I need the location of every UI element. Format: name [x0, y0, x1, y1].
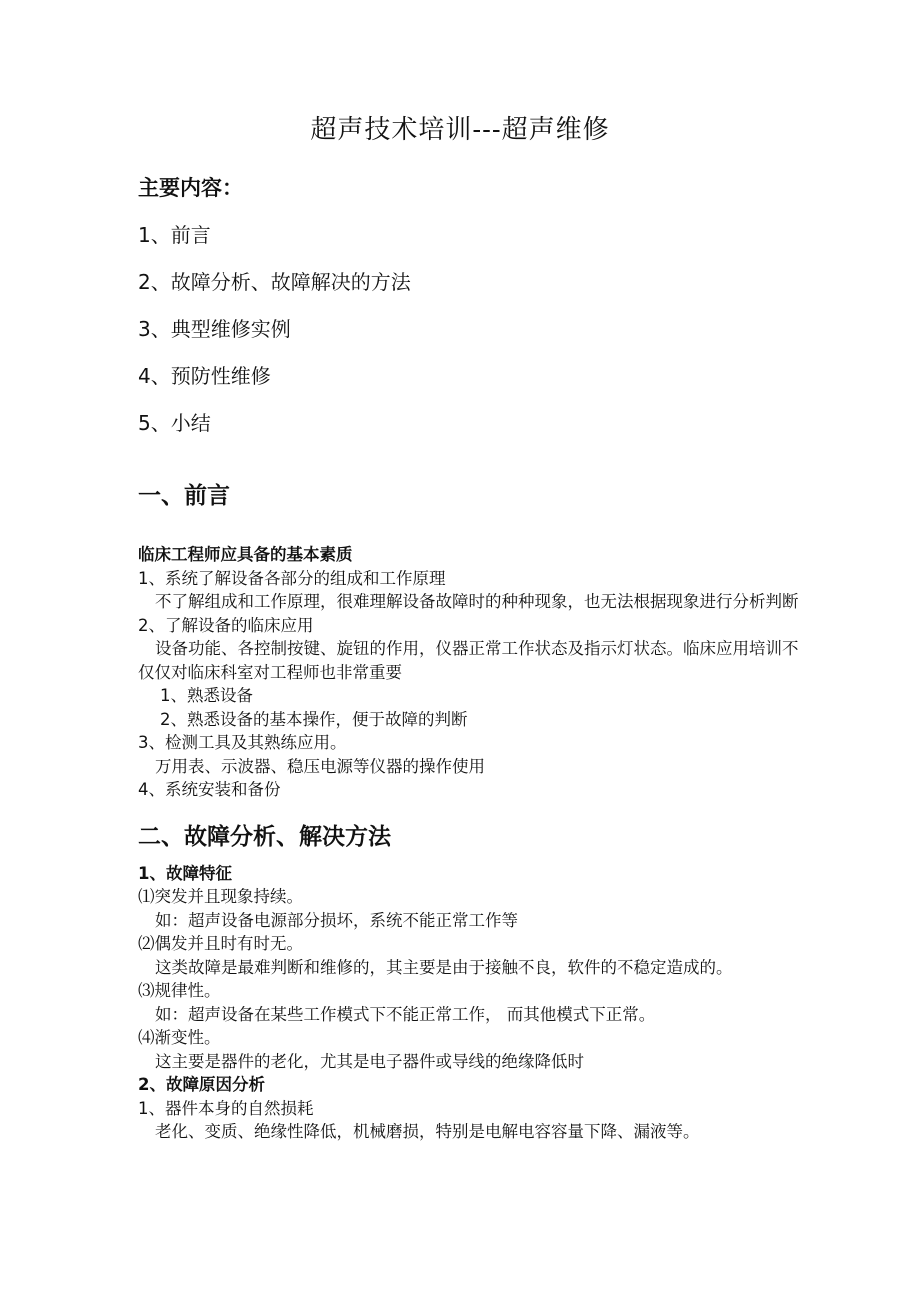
document-content: 主要内容： 1、前言 2、故障分析、故障解决的方法 3、典型维修实例 4、预防性…: [138, 174, 802, 1144]
toc-item-preventive-maintenance: 4、预防性维修: [138, 362, 802, 390]
body-line: 3、检测工具及其熟练应用。: [138, 731, 802, 755]
toc-item-fault-analysis: 2、故障分析、故障解决的方法: [138, 268, 802, 296]
body-line: 1、器件本身的自然损耗: [138, 1097, 802, 1121]
body-line: 这主要是器件的老化，尤其是电子器件或导线的绝缘降低时: [138, 1050, 802, 1074]
section-1-heading: 一、前言: [138, 481, 802, 511]
body-line: ⑶规律性。: [138, 979, 802, 1003]
section-2-heading: 二、故障分析、解决方法: [138, 822, 802, 852]
body-line: 不了解组成和工作原理，很难理解设备故障时的种种现象，也无法根据现象进行分析判断: [138, 590, 802, 614]
body-line: ⑵偶发并且时有时无。: [138, 932, 802, 956]
body-line: 4、系统安装和备份: [138, 778, 802, 802]
body-line: ⑴突发并且现象持续。: [138, 885, 802, 909]
body-line: ⑷渐变性。: [138, 1026, 802, 1050]
body-line: 这类故障是最难判断和维修的，其主要是由于接触不良，软件的不稳定造成的。: [138, 956, 802, 980]
body-line: 1、系统了解设备各部分的组成和工作原理: [138, 567, 802, 591]
body-subheading: 2、故障原因分析: [138, 1073, 802, 1097]
toc-item-summary: 5、小结: [138, 409, 802, 437]
body-line: 如：超声设备在某些工作模式下不能正常工作， 而其他模式下正常。: [138, 1003, 802, 1027]
body-line: 如：超声设备电源部分损坏，系统不能正常工作等: [138, 909, 802, 933]
toc-heading: 主要内容：: [138, 174, 802, 202]
body-line: 设备功能、各控制按键、旋钮的作用，仪器正常工作状态及指示灯状态。临床应用培训不仅…: [138, 637, 802, 684]
toc-item-repair-examples: 3、典型维修实例: [138, 315, 802, 343]
body-subheading: 临床工程师应具备的基本素质: [138, 543, 802, 567]
body-subheading: 1、故障特征: [138, 862, 802, 886]
document-title: 超声技术培训---超声维修: [0, 112, 920, 148]
document-page: 超声技术培训---超声维修 主要内容： 1、前言 2、故障分析、故障解决的方法 …: [0, 0, 920, 1302]
body-line: 老化、变质、绝缘性降低，机械磨损，特别是电解电容容量下降、漏液等。: [138, 1120, 802, 1144]
body-line: 1、熟悉设备: [138, 684, 802, 708]
body-line: 2、了解设备的临床应用: [138, 614, 802, 638]
section-2-body: 1、故障特征 ⑴突发并且现象持续。 如：超声设备电源部分损坏，系统不能正常工作等…: [138, 862, 802, 1144]
body-line: 万用表、示波器、稳压电源等仪器的操作使用: [138, 755, 802, 779]
toc-item-foreword: 1、前言: [138, 221, 802, 249]
body-line: 2、熟悉设备的基本操作，便于故障的判断: [138, 708, 802, 732]
section-1-body: 临床工程师应具备的基本素质 1、系统了解设备各部分的组成和工作原理 不了解组成和…: [138, 543, 802, 802]
